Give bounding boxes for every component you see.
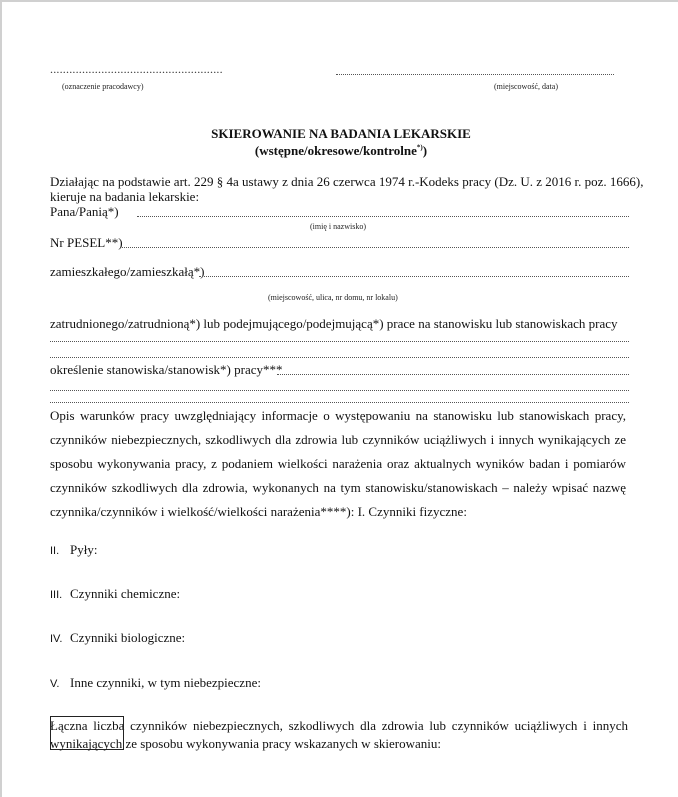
selected-text-start[interactable]: Łączna liczba	[50, 718, 124, 733]
name-caption: (imię i nazwisko)	[310, 222, 366, 231]
employer-field-line[interactable]: ........................................…	[50, 62, 223, 77]
employment-field-line-1[interactable]	[50, 341, 629, 342]
position-field-line-1[interactable]	[277, 374, 629, 375]
factor-chemical: III.Czynniki chemiczne:	[50, 586, 180, 602]
factor-other: V.Inne czynniki, w tym niebezpieczne:	[50, 675, 261, 691]
employment-label: zatrudnionego/zatrudnioną*) lub podejmuj…	[50, 316, 617, 332]
position-field-line-2[interactable]	[50, 390, 629, 391]
subtitle-close: )	[423, 143, 427, 158]
subtitle-text: (wstępne/okresowe/kontrolne	[255, 143, 417, 158]
factor-numeral: II.	[50, 545, 70, 557]
factor-label: Pyły:	[70, 542, 97, 557]
employer-caption: (oznaczenie pracodawcy)	[62, 82, 144, 91]
document-subtitle: (wstępne/okresowe/kontrolne*))	[2, 143, 678, 159]
pesel-label: Nr PESEL**)	[50, 235, 123, 251]
factor-numeral: V.	[50, 678, 70, 690]
factor-biological: IV.Czynniki biologiczne:	[50, 630, 185, 646]
position-field-line-3[interactable]	[50, 402, 629, 403]
residence-label: zamieszkałego/zamieszkałą*)	[50, 264, 204, 280]
factor-numeral: IV.	[50, 633, 70, 645]
intro-line-2: kieruje na badania lekarskie:	[50, 189, 199, 205]
document-page: ........................................…	[0, 0, 678, 797]
place-date-field-line[interactable]	[336, 74, 614, 75]
total-line-2: ze sposobu wykonywania pracy wskazanych …	[122, 736, 441, 751]
place-date-caption: (miejscowość, data)	[494, 82, 558, 91]
work-conditions-description: Opis warunków pracy uwzględniający infor…	[50, 404, 626, 524]
factor-numeral: III.	[50, 589, 70, 601]
employment-field-line-2[interactable]	[50, 357, 629, 358]
pesel-field-line[interactable]	[122, 247, 629, 248]
document-title: SKIEROWANIE NA BADANIA LEKARSKIE	[2, 126, 678, 142]
residence-field-line[interactable]	[199, 276, 629, 277]
name-field-line[interactable]	[137, 216, 629, 217]
selected-text-end[interactable]: wynikających	[50, 736, 122, 751]
name-label: Pana/Panią*)	[50, 204, 119, 220]
factor-label: Czynniki chemiczne:	[70, 586, 180, 601]
position-label: określenie stanowiska/stanowisk*) pracy*…	[50, 362, 283, 378]
factor-label: Czynniki biologiczne:	[70, 630, 185, 645]
total-factors-paragraph[interactable]: Łączna liczba czynników niebezpiecznych,…	[50, 717, 628, 753]
residence-caption: (miejscowość, ulica, nr domu, nr lokalu)	[268, 293, 398, 302]
total-line-1: czynników niebezpiecznych, szkodliwych d…	[124, 718, 628, 733]
factor-label: Inne czynniki, w tym niebezpieczne:	[70, 675, 261, 690]
intro-line-1: Działając na podstawie art. 229 § 4a ust…	[50, 174, 643, 190]
factor-dusts: II.Pyły:	[50, 542, 97, 558]
